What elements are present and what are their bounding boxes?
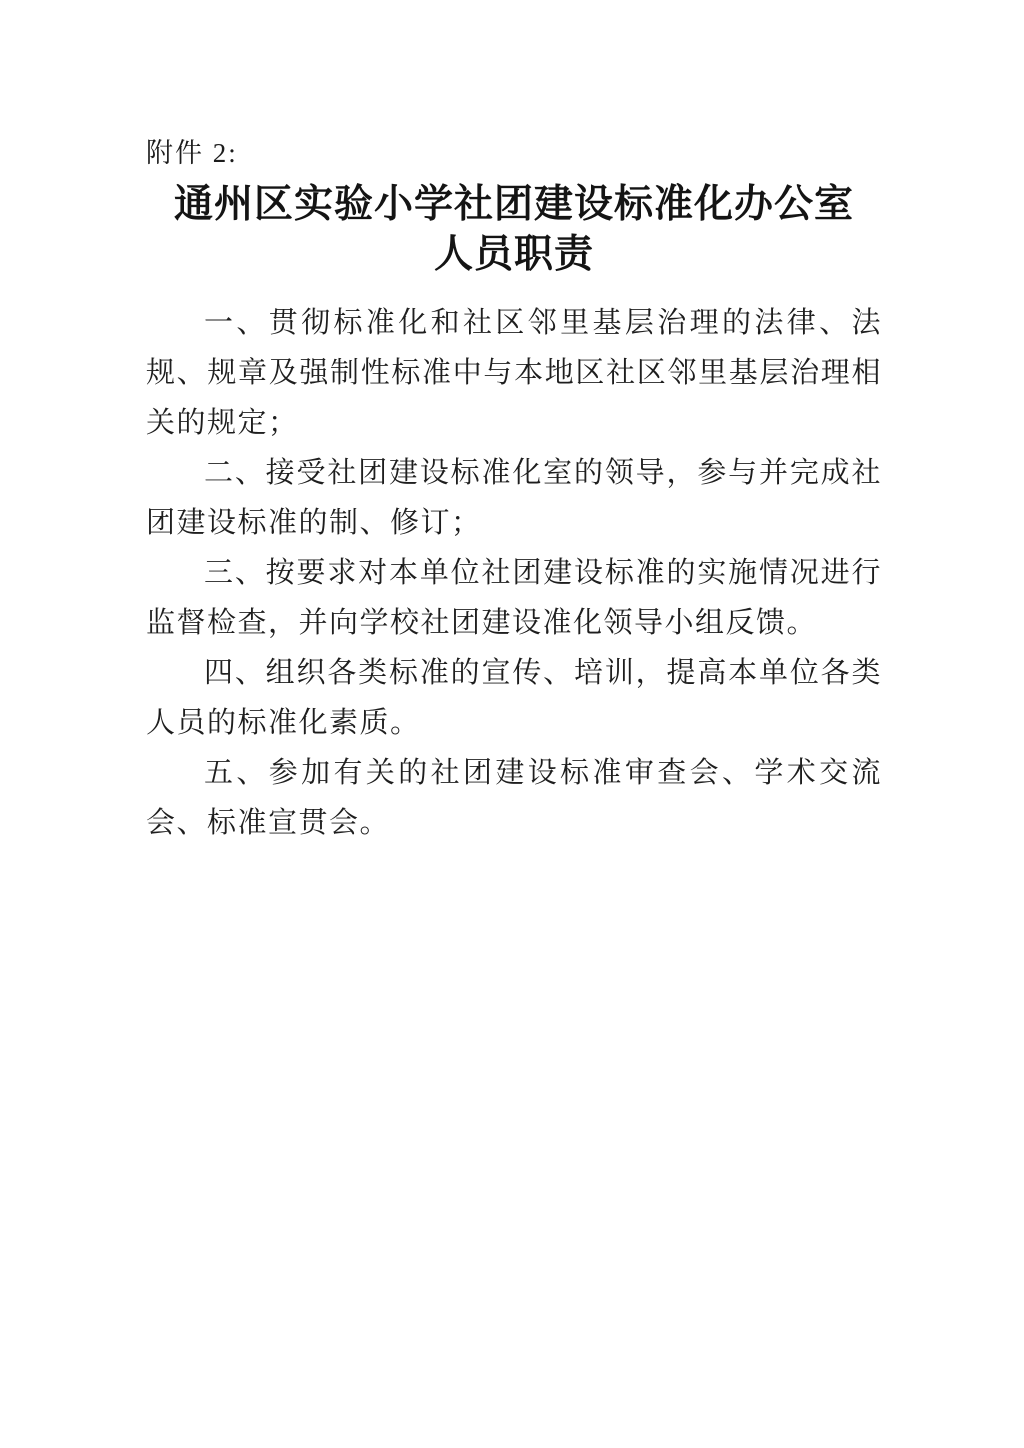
paragraph-3: 三、按要求对本单位社团建设标准的实施情况进行监督检查，并向学校社团建设准化领导小… [146,548,882,648]
document-content: 附件 2: 通州区实验小学社团建设标准化办公室 人员职责 一、贯彻标准化和社区邻… [146,136,882,848]
title-line-2: 人员职责 [146,230,882,280]
document-body: 一、贯彻标准化和社区邻里基层治理的法律、法规、规章及强制性标准中与本地区社区邻里… [146,298,882,848]
title-line-1: 通州区实验小学社团建设标准化办公室 [146,180,882,230]
document-title: 通州区实验小学社团建设标准化办公室 人员职责 [146,180,882,280]
attachment-label: 附件 2: [146,136,882,170]
paragraph-2: 二、接受社团建设标准化室的领导，参与并完成社团建设标准的制、修订； [146,448,882,548]
document-page: 附件 2: 通州区实验小学社团建设标准化办公室 人员职责 一、贯彻标准化和社区邻… [0,0,1024,1448]
paragraph-4: 四、组织各类标准的宣传、培训，提高本单位各类人员的标准化素质。 [146,648,882,748]
paragraph-5: 五、参加有关的社团建设标准审查会、学术交流会、标准宣贯会。 [146,748,882,848]
paragraph-1: 一、贯彻标准化和社区邻里基层治理的法律、法规、规章及强制性标准中与本地区社区邻里… [146,298,882,448]
